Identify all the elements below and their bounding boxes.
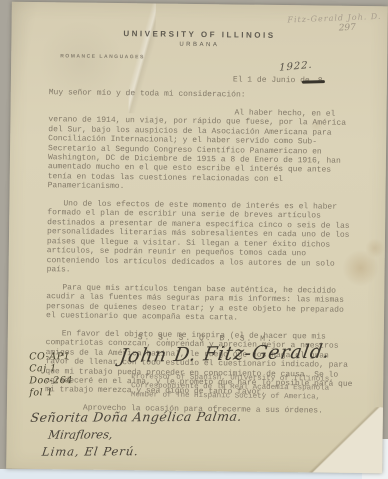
letterhead: UNIVERSITY OF ILLINOIS URBANA	[11, 28, 387, 51]
archive-note: Doc-264	[29, 375, 73, 387]
recipient-name: Señorita Doña Angélica Palma.	[30, 409, 244, 425]
scanned-letter: Fitz-Gerald Joh. D. 297 UNIVERSITY OF IL…	[0, 0, 388, 479]
recipient-district: Miraflores,	[47, 427, 240, 442]
struck-year: 8	[318, 76, 323, 85]
department-name: ROMANCE LANGUAGES	[60, 53, 145, 60]
archive-note: CO-AP1	[29, 351, 73, 363]
credentials-block: Professor of Spanish, University of Illi…	[131, 373, 334, 402]
paragraph-1: Al haber hecho, en el verano de 1914, un…	[48, 106, 359, 194]
salutation: Muy señor mío y de toda mi consideración…	[49, 88, 359, 101]
paragraph-2: Uno de los efectos de este momento de in…	[47, 199, 358, 278]
archive-note: fol 1	[29, 387, 73, 399]
handwritten-year: 1922.	[279, 60, 313, 74]
recipient-city-country: Lima, El Perú.	[41, 444, 238, 459]
university-city: URBANA	[11, 40, 387, 51]
letter-paper: Fitz-Gerald Joh. D. 297 UNIVERSITY OF IL…	[6, 2, 388, 474]
pencil-note-name: Fitz-Gerald Joh. D.	[287, 12, 381, 25]
dateline: El 1 de Junio de8	[233, 75, 323, 85]
recipient-address: Señorita Doña Angélica Palma. Miraflores…	[25, 409, 243, 459]
typed-date: El 1 de Junio de	[233, 75, 310, 85]
archive-note: Caj 1	[29, 363, 73, 375]
archive-notes: CO-AP1 Caj 1 Doc-264 fol 1	[29, 351, 73, 399]
paragraph-3: Para que mis artículos tengan base autén…	[46, 283, 356, 324]
